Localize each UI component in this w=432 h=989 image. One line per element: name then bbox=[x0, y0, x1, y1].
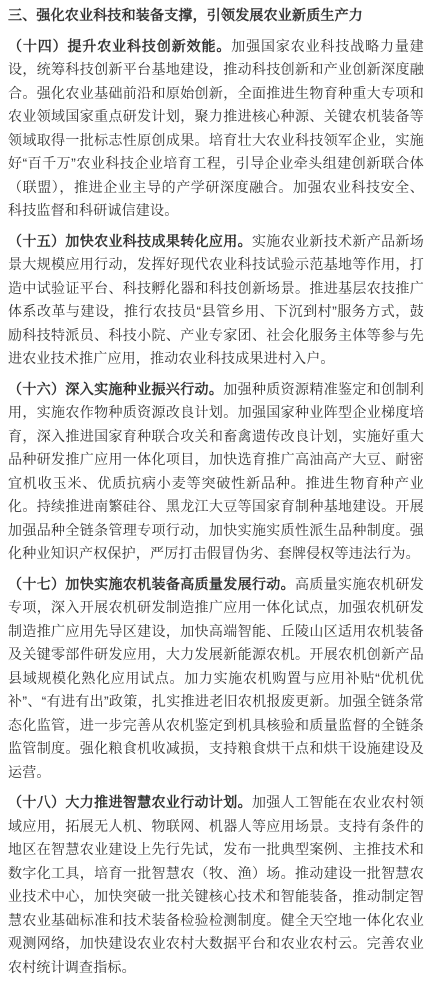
paragraph-17: （十七）加快实施农机装备高质量发展行动。高质量实施农机研发专项，深入开展农机研发… bbox=[8, 573, 424, 785]
paragraph-16: （十六）深入实施种业振兴行动。加强种质资源精准鉴定和创制利用，实施农作物种质资源… bbox=[8, 378, 424, 566]
paragraph-14-body: 加强国家农业科技战略力量建设，统筹科技创新平台基地建设，推动科技创新和产业创新深… bbox=[8, 38, 424, 219]
paragraph-15-body: 实施农业新技术新产品新场景大规模应用行动，发挥好现代农业科技试验示范基地等作用，… bbox=[8, 233, 424, 367]
paragraph-18-lead: （十八）大力推进智慧农业行动计划。 bbox=[8, 794, 252, 810]
paragraph-14: （十四）提升农业科技创新效能。加强国家农业科技战略力量建设，统筹科技创新平台基地… bbox=[8, 35, 424, 223]
paragraph-16-lead: （十六）深入实施种业振兴行动。 bbox=[8, 381, 223, 397]
document-page: 三、强化农业科技和装备支撑，引领发展农业新质生产力 （十四）提升农业科技创新效能… bbox=[0, 0, 432, 989]
paragraph-15: （十五）加快农业科技成果转化应用。实施农业新技术新产品新场景大规模应用行动，发挥… bbox=[8, 230, 424, 371]
paragraph-15-lead: （十五）加快农业科技成果转化应用。 bbox=[8, 233, 252, 249]
paragraph-18-body: 加强人工智能在农业农村领域应用，拓展无人机、物联网、机器人等应用场景。支持有条件… bbox=[8, 794, 424, 975]
paragraph-17-body: 高质量实施农机研发专项，深入开展农机研发制造推广应用一体化试点，加强农机研发制造… bbox=[8, 576, 424, 780]
paragraph-14-lead: （十四）提升农业科技创新效能。 bbox=[8, 38, 231, 54]
paragraph-16-body: 加强种质资源精准鉴定和创制利用，实施农作物种质资源改良计划。加强国家种业阵型企业… bbox=[8, 381, 424, 562]
paragraph-17-lead: （十七）加快实施农机装备高质量发展行动。 bbox=[8, 576, 295, 592]
section-title: 三、强化农业科技和装备支撑，引领发展农业新质生产力 bbox=[8, 4, 424, 28]
paragraph-18: （十八）大力推进智慧农业行动计划。加强人工智能在农业农村领域应用，拓展无人机、物… bbox=[8, 791, 424, 979]
